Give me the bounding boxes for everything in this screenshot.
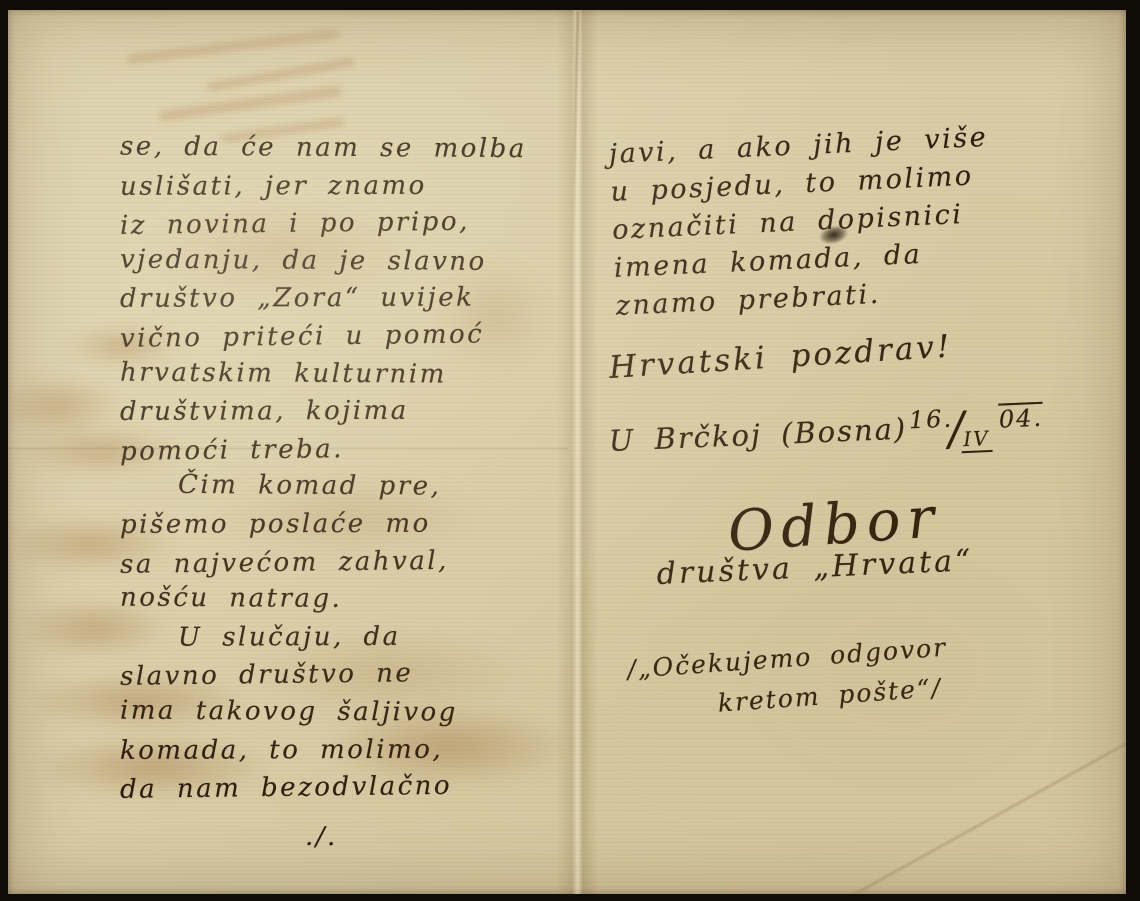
date-month: IV: [961, 426, 992, 453]
dateline-place: U Brčkoj (Bosna): [608, 411, 908, 457]
right-page-body: javi, a ako jih je više u posjedu, to mo…: [608, 112, 1126, 325]
letter-paper: se, da će nam se molba uslišati, jer zna…: [8, 10, 1126, 894]
dateline-date: 16./IV04.: [908, 402, 1044, 454]
handwritten-line: nošću natrag.: [120, 580, 590, 620]
handwritten-line: uslišati, jer znamo: [120, 167, 590, 206]
handwritten-line: pišemo poslaće mo: [120, 505, 590, 544]
handwritten-line: društvima, kojima: [120, 392, 590, 431]
handwritten-line: društvo „Zora“ uvijek: [120, 280, 590, 319]
bleed-through-text: [158, 85, 343, 122]
bleed-through-text: [126, 29, 340, 64]
postscript: /„Očekujemo odgovor kretom pošte“/: [626, 615, 1126, 730]
date-day: 16.: [908, 405, 953, 435]
handwritten-line: slavno društvo ne: [120, 653, 590, 696]
handwritten-line: vično priteći u pomoć: [120, 315, 590, 358]
handwritten-line: U slučaju, da: [120, 618, 590, 657]
salutation: Hrvatski pozdrav!: [608, 317, 1126, 386]
handwritten-line: pomoći treba.: [120, 428, 590, 471]
handwritten-line: se, da će nam se molba: [120, 129, 590, 169]
handwritten-line: iz novina i po pripo,: [120, 202, 590, 245]
handwritten-line: komada, to molimo,: [120, 731, 590, 770]
handwritten-line: hrvatskim kulturnim: [120, 354, 590, 394]
left-page: se, da će nam se molba uslišati, jer zna…: [120, 130, 590, 856]
handwritten-line: da nam bezodvlačno: [120, 766, 590, 809]
handwritten-line: ima takovog šaljivog: [120, 692, 590, 732]
handwritten-line: sa najvećom zahval,: [120, 541, 590, 584]
handwritten-line: vjedanju, da je slavno: [120, 241, 590, 281]
continuation-mark: ./.: [305, 819, 338, 857]
paper-crease: [853, 739, 1126, 894]
handwritten-line: Čim komad pre,: [120, 467, 590, 507]
date-year: 04.: [998, 404, 1043, 434]
right-page: javi, a ako jih je više u posjedu, to mo…: [608, 136, 1126, 730]
dateline: U Brčkoj (Bosna)16./IV04.: [608, 398, 1126, 466]
